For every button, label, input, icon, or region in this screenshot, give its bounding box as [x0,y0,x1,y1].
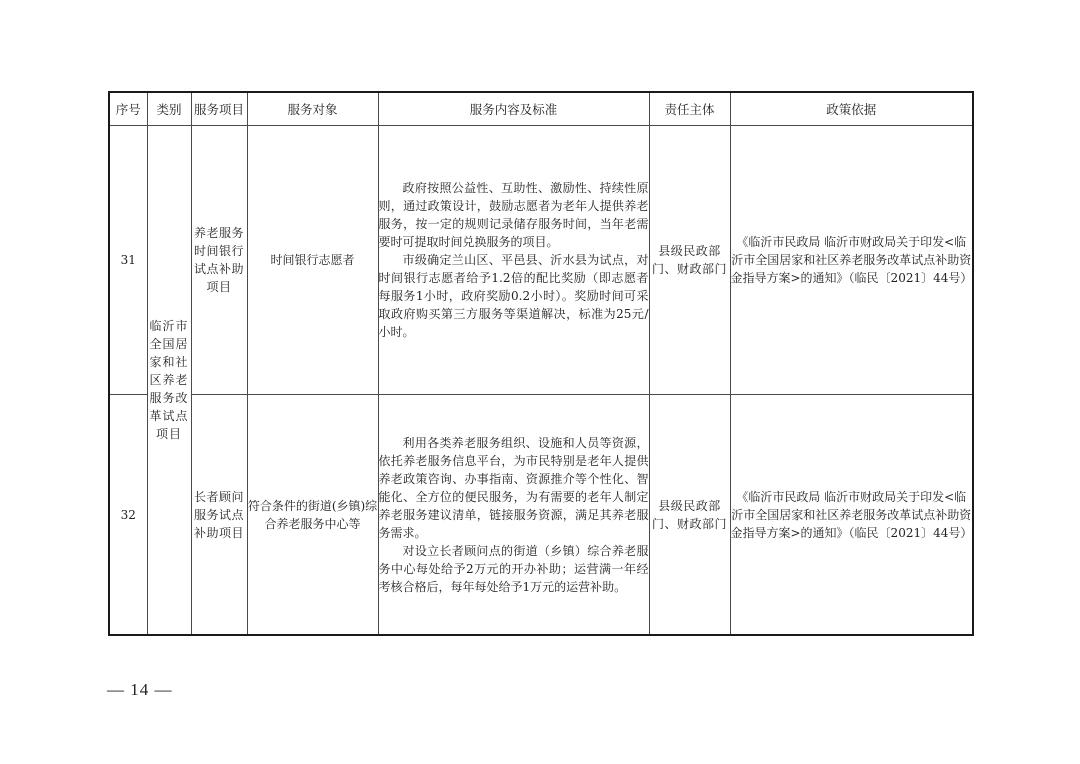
header-content: 服务内容及标准 [378,92,649,126]
header-responsible: 责任主体 [649,92,730,126]
content-paragraph: 政府按照公益性、互助性、激励性、持续性原则，通过政策设计，鼓励志愿者为老年人提供… [379,179,649,251]
cell-service-item: 养老服务时间银行试点补助项目 [191,126,247,395]
header-category: 类别 [147,92,191,126]
cell-content: 政府按照公益性、互助性、激励性、持续性原则，通过政策设计，鼓励志愿者为老年人提供… [378,126,649,395]
cell-content: 利用各类养老服务组织、设施和人员等资源，依托养老服务信息平台，为市民特别是老年人… [378,395,649,636]
cell-seq: 31 [109,126,147,395]
policy-table: 序号 类别 服务项目 服务对象 服务内容及标准 责任主体 政策依据 31 临沂市… [108,91,974,636]
cell-responsible: 县级民政部门、财政部门 [649,395,730,636]
content-paragraph: 利用各类养老服务组织、设施和人员等资源，依托养老服务信息平台，为市民特别是老年人… [379,434,649,542]
content-paragraph: 市级确定兰山区、平邑县、沂水县为试点，对时间银行志愿者给予1.2倍的配比奖励（即… [379,251,649,341]
cell-seq: 32 [109,395,147,636]
cell-service-target: 时间银行志愿者 [247,126,378,395]
page-number: — 14 — [107,680,173,700]
cell-responsible: 县级民政部门、财政部门 [649,126,730,395]
content-paragraph: 对设立长者顾问点的街道（乡镇）综合养老服务中心每处给予2万元的开办补助；运营满一… [379,542,649,596]
table-header-row: 序号 类别 服务项目 服务对象 服务内容及标准 责任主体 政策依据 [109,92,973,126]
header-service-item: 服务项目 [191,92,247,126]
cell-category: 临沂市全国居家和社区养老服务改革试点项目 [147,126,191,636]
table-row: 31 临沂市全国居家和社区养老服务改革试点项目 养老服务时间银行试点补助项目 时… [109,126,973,395]
header-policy-basis: 政策依据 [730,92,973,126]
header-service-target: 服务对象 [247,92,378,126]
cell-service-item: 长者顾问服务试点补助项目 [191,395,247,636]
cell-service-target: 符合条件的街道(乡镇)综合养老服务中心等 [247,395,378,636]
header-seq: 序号 [109,92,147,126]
table-row: 32 长者顾问服务试点补助项目 符合条件的街道(乡镇)综合养老服务中心等 利用各… [109,395,973,636]
cell-policy-basis: 《临沂市民政局 临沂市财政局关于印发<临沂市全国居家和社区养老服务改革试点补助资… [730,395,973,636]
cell-policy-basis: 《临沂市民政局 临沂市财政局关于印发<临沂市全国居家和社区养老服务改革试点补助资… [730,126,973,395]
